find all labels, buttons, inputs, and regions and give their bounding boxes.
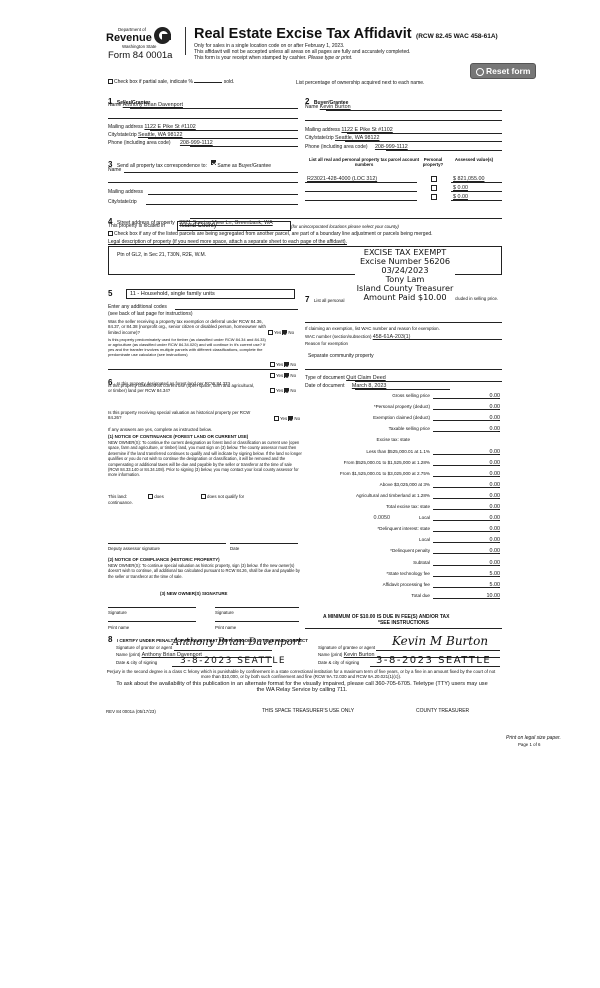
grantee-signature[interactable]: Kevin M Burton: [392, 634, 488, 648]
tax-row: Exemption claimed (deduct) 0.00: [305, 415, 500, 424]
parcel-row: R23021-428-4000 (LOC 312) $ 821,055.00: [305, 176, 502, 184]
notice2-body: NEW OWNER(S): To continue special valuat…: [108, 563, 302, 579]
assessed-col-header: Assessed value(s): [452, 157, 496, 162]
tax-row: Affidavit processing fee 5.00: [305, 582, 500, 591]
tax-row-label: Excise tax: state: [377, 437, 410, 442]
corr-name-label: Name: [108, 167, 121, 173]
owner2-signature-label: Signature: [215, 610, 234, 615]
q-exemption-no-checkbox[interactable]: [282, 330, 287, 335]
dept-line3: Washington State: [122, 44, 157, 49]
dor-logo: Department of Revenue Washington State F…: [106, 27, 181, 77]
revenue-swoosh-icon: [154, 27, 171, 44]
land-does-checkbox[interactable]: [148, 494, 153, 499]
personal-property-checkbox[interactable]: [431, 176, 437, 182]
this-land-row: This land: does does not qualify for: [108, 494, 244, 499]
additional-codes-row: Enter any additional codes: [108, 304, 167, 310]
tax-row: *State technology fee 5.00: [305, 571, 500, 580]
owner2-print-field[interactable]: [215, 621, 299, 622]
q-exemption: Was the seller receiving a property tax …: [108, 319, 266, 335]
see-instructions: *SEE INSTRUCTIONS: [378, 620, 429, 626]
tax-row-label: *Delinquent penalty: [390, 548, 430, 553]
q-historic: Is this property receiving special valua…: [108, 410, 258, 421]
deputy-signature-field[interactable]: [108, 543, 226, 544]
section5-number: 5: [108, 289, 112, 298]
form-title-row: Real Estate Excise Tax Affidavit (RCW 82…: [194, 25, 498, 43]
tax-row-label: Gross selling price: [392, 393, 430, 398]
reason-field[interactable]: Separate community property: [308, 353, 374, 359]
corr-city-label: City/state/zip: [108, 199, 137, 205]
q-historic-no-checkbox[interactable]: [288, 416, 293, 421]
corr-city-field[interactable]: [146, 204, 298, 205]
header-note3: This form is your receipt when stamped b…: [194, 55, 307, 61]
exempt-text: If claiming an exemption, list WAC numbe…: [305, 326, 440, 331]
tax-row: Above $3,025,000 at 3% 0.00: [305, 482, 500, 491]
q-timber-answer: Yes No: [270, 362, 296, 367]
form-title: Real Estate Excise Tax Affidavit: [194, 26, 412, 42]
date-label: Date: [230, 546, 239, 551]
section7-text-b: cluded in selling price.: [305, 296, 505, 301]
tax-row: Gross selling price 0.00: [305, 393, 500, 402]
grantor-date-label: Date & city of signing: [116, 660, 157, 665]
header-note3b: Please type or print.: [308, 55, 352, 61]
rev-number: REV 84 0001a (05/17/23): [106, 709, 156, 714]
tax-row: Local 0.00: [305, 537, 500, 546]
parcel-row: $ 0.00: [305, 185, 502, 193]
header-divider: [185, 27, 186, 55]
partial-percent-input[interactable]: [194, 82, 222, 83]
owner1-signature-label: Signature: [108, 610, 127, 615]
personal-property-checkbox[interactable]: [431, 194, 437, 200]
tax-row-label: Local: [419, 515, 430, 520]
reset-form-button[interactable]: Reset form: [470, 63, 536, 79]
grantor-sig-label: Signature of grantor or agent: [116, 645, 172, 650]
tax-row: Excise tax: state: [305, 437, 500, 446]
header-note3-row: This form is your receipt when stamped b…: [194, 55, 352, 61]
notice2-title: (2) NOTICE OF COMPLIANCE (HISTORIC PROPE…: [108, 557, 220, 562]
owner1-print-field[interactable]: [108, 621, 196, 622]
corr-name-field[interactable]: [124, 172, 298, 173]
tax-row-label: Total excise tax: state: [386, 504, 430, 509]
q-current-use: Is this property classified as current u…: [108, 383, 258, 394]
tax-row-label: *Personal property (deduct): [374, 404, 430, 409]
legal-label: Legal description of property (if you ne…: [108, 239, 347, 245]
located-label: This property is located in: [108, 223, 165, 229]
county-treasurer: COUNTY TREASURER: [416, 708, 469, 714]
owner2-signature-field[interactable]: [215, 607, 299, 608]
tax-row-label: Affidavit processing fee: [383, 582, 430, 587]
owner1-signature-field[interactable]: [108, 607, 196, 608]
new-owner-title: (3) NEW OWNER(S) SIGNATURE: [160, 591, 227, 596]
partial-sale-checkbox[interactable]: [108, 79, 113, 84]
reset-icon: [476, 68, 484, 76]
reason-label: Reason for exemption: [305, 341, 348, 346]
tax-row-label: Subtotal: [413, 560, 430, 565]
deputy-label: Deputy assessor signature: [108, 546, 160, 551]
q-current-use-yes-checkbox[interactable]: [270, 388, 275, 393]
tax-row-label: Taxable selling price: [389, 426, 430, 431]
grantee-sig-label: Signature of grantee or agent: [318, 645, 375, 650]
tax-row: Total excise tax: state 0.00: [305, 504, 500, 513]
q-exemption-yes-checkbox[interactable]: [268, 330, 273, 335]
ownership-note: List percentage of ownership acquired ne…: [296, 80, 424, 86]
local-rate: 0.0050: [374, 515, 391, 521]
tax-row-label: Exemption claimed (deduct): [373, 415, 430, 420]
q-timber-yes-checkbox[interactable]: [270, 362, 275, 367]
tax-row: *Delinquent interest: state 0.00: [305, 526, 500, 535]
land-does-not-checkbox[interactable]: [201, 494, 206, 499]
grantor-date-field[interactable]: 3-8-2023 SEATTLE: [180, 656, 286, 666]
page-number: Page 1 of 6: [518, 742, 540, 747]
tax-row: From $1,525,000.01 to $3,025,000 at 2.75…: [305, 471, 500, 480]
land-use-select[interactable]: 11 - Household, single family units: [126, 289, 295, 299]
county-note: (for unincorporated locations please sel…: [291, 224, 399, 229]
q-forest-yes-checkbox[interactable]: [270, 373, 275, 378]
tax-row-label: Above $3,025,000 at 3%: [380, 482, 430, 487]
notice1-title: (1) NOTICE OF CONTINUANCE (FOREST LAND O…: [108, 434, 248, 439]
additional-codes-field[interactable]: [175, 309, 298, 310]
treasurer-use: THIS SPACE TREASURER'S USE ONLY: [262, 708, 354, 714]
q-current-use-answer: Yes No: [270, 388, 296, 393]
tax-row: Agricultural and timberland at 1.28% 0.0…: [305, 493, 500, 502]
q-exemption-answer: Yes No: [268, 330, 294, 335]
tax-row-label: *State technology fee: [386, 571, 430, 576]
deputy-date-field[interactable]: [230, 543, 298, 544]
form-rcw: (RCW 82.45 WAC 458-61A): [416, 33, 498, 40]
tax-row-label: Agricultural and timberland at 1.28%: [356, 493, 430, 498]
form-number: Form 84 0001a: [108, 50, 172, 61]
corr-mailing-label: Mailing address: [108, 189, 143, 195]
excise-tax-stamp: EXCISE TAX EXEMPT Excise Number 56206 03…: [355, 248, 455, 302]
segregate-checkbox[interactable]: [108, 231, 113, 236]
tax-row: Subtotal 0.00: [305, 560, 500, 569]
tax-row: Total due 10.00: [305, 593, 500, 602]
grantee-date-label: Date & city of signing: [318, 660, 359, 665]
q-timber-no-checkbox[interactable]: [284, 362, 289, 367]
parcel-row: $ 0.00: [305, 194, 502, 202]
wac-row: WAC number (section/subsection) 458-61A-…: [305, 334, 410, 340]
tax-row: *Delinquent penalty 0.00: [305, 548, 500, 557]
q-timber: Is this property predominately used for …: [108, 337, 268, 357]
parcel-col-header: List all real and personal property tax …: [308, 157, 420, 168]
personal-col-header: Personal property?: [418, 157, 448, 168]
tax-row-label: *Delinquent interest: state: [377, 526, 430, 531]
tax-row: 0.0050 Local 0.00: [305, 515, 500, 524]
tax-row: *Personal property (deduct) 0.00: [305, 404, 500, 413]
tax-row-label: From $1,525,000.01 to $3,025,000 at 2.75…: [340, 471, 430, 476]
tax-row-label: Less than $525,000.01 at 1.1%: [366, 449, 430, 454]
dept-line2: Revenue: [106, 32, 152, 44]
tax-row: Taxable selling price 0.00: [305, 426, 500, 435]
notice1-body: NEW OWNER(S): To continue the current de…: [108, 440, 302, 478]
corr-mailing-field[interactable]: [148, 194, 298, 195]
perjury-notice: Perjury in the second degree is a class …: [102, 669, 500, 679]
county-select[interactable]: Island County: [177, 221, 291, 231]
same-as-buyer-checkbox[interactable]: [211, 160, 216, 165]
segregate-row: Check box if any of the listed parcels a…: [108, 231, 433, 237]
tax-row: From $525,000.01 to $1,525,000 at 1.28% …: [305, 460, 500, 469]
q-forest-answer: Yes No: [270, 373, 296, 378]
tax-row: Less than $525,000.01 at 1.1% 0.00: [305, 449, 500, 458]
if-yes-note: If any answers are yes, complete as inst…: [108, 427, 212, 432]
correspondence-row: 3 Send all property tax correspondence t…: [108, 154, 271, 172]
personal-property-checkbox[interactable]: [431, 185, 437, 191]
tax-row-label: From $525,000.01 to $1,525,000 at 1.28%: [344, 460, 430, 465]
tax-row-label: Local: [419, 537, 430, 542]
partial-sale-row: Check box if partial sale, indicate % so…: [108, 79, 234, 85]
codes-note: (see back of last page for instructions): [108, 311, 193, 317]
legal-paper-note: Print on legal size paper.: [506, 735, 561, 741]
q-current-use-no-checkbox[interactable]: [284, 388, 289, 393]
q-historic-answer: Yes No: [274, 416, 300, 421]
grantee-date-field[interactable]: 3-8-2023 SEATTLE: [376, 655, 491, 666]
alt-format-notice: To ask about the availability of this pu…: [112, 681, 492, 693]
continuance-label: continuance.: [108, 500, 133, 505]
tax-row-label: Total due: [411, 593, 430, 598]
q-forest-no-checkbox[interactable]: [284, 373, 289, 378]
grantor-signature[interactable]: Anthony Brian Davenport: [172, 637, 302, 648]
q-historic-yes-checkbox[interactable]: [274, 416, 279, 421]
